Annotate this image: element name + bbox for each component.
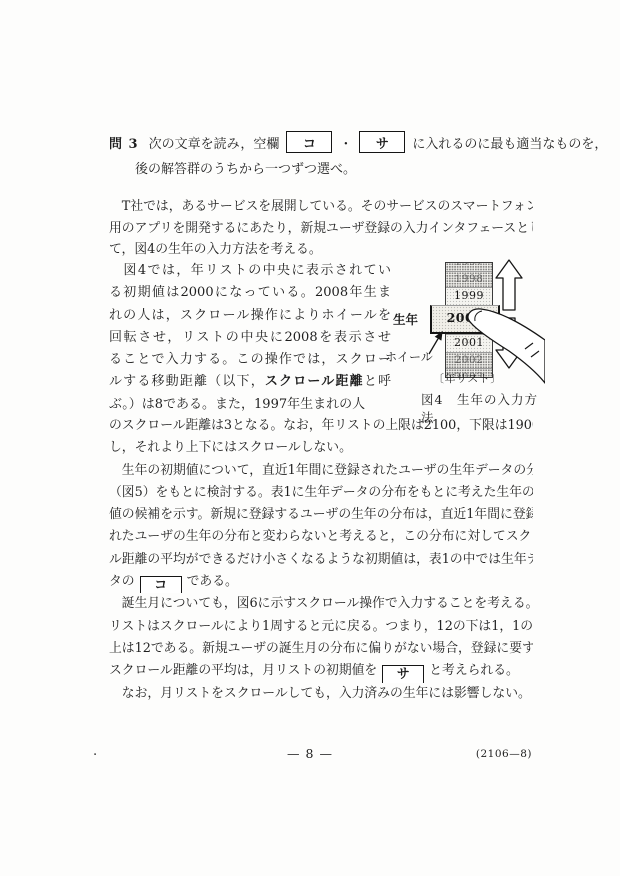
text-line: ぶ。）は8である。また，1997年生まれの人 (109, 394, 391, 416)
text-line: 誕生月についても，図6に示すスクロール操作で入力することを考える。月 (109, 593, 533, 615)
knuckle-mark-2 (531, 351, 539, 357)
year-list-label: 〔年リスト〕 (433, 370, 502, 386)
wheel-label: ホイール (385, 348, 433, 365)
main-paragraphs: のスクロール距離は3となる。なお，年リストの上限は2100，下限は1900とし，… (109, 415, 533, 705)
text-line: 上は12である。新規ユーザの誕生月の分布に偏りがない場合，登録に要する (109, 638, 533, 660)
figure-caption: 図4 生年の入力方法 (421, 390, 545, 426)
text-line: 回転させ，リストの中央に2008を表示させ (109, 327, 391, 349)
text-line: ることで入力する。この操作では，スクロー (109, 349, 391, 371)
question-lead-line2: 後の解答群のうちから一つずつ選べ。 (109, 158, 539, 177)
text-line: ル距離の平均ができるだけ小さくなるような初期値は，表1の中では生年デー (109, 549, 533, 571)
text-line: リストはスクロールにより1周すると元に戻る。つまり，12の下は1，1の (109, 616, 533, 638)
text-line: 生年の初期値について，直近1年間に登録されたユーザの生年データの分布 (109, 460, 533, 482)
text-line: 値の候補を示す。新規に登録するユーザの生年の分布は，直近1年間に登録さ (109, 504, 533, 526)
text-line-blank-sa: スクロール距離の平均は，月リストの初期値をサと考えられる。 (109, 660, 533, 682)
wheel-year-row: 2001 (446, 334, 492, 352)
scroll-paragraph: 図4では，年リストの中央に表示されている初期値は2000になっている。2008年… (109, 260, 391, 416)
text-line: なお，月リストをスクロールしても，入力済みの生年には影響しない。 (109, 683, 533, 705)
figure-4: 1997199819992000200120022003 生年 ホイール 〔年リ… (385, 256, 545, 408)
wheel-year-row: 2000 (430, 305, 500, 334)
blank-box-sa: サ (359, 131, 405, 153)
blank-separator: ・ (339, 133, 352, 152)
inline-blank-box-ko: コ (140, 576, 182, 593)
doc-code: (2106—8) (476, 748, 532, 760)
text-line: T社では，あるサービスを展開している。そのサービスのスマートフォン専 (109, 196, 533, 218)
intro-paragraph: T社では，あるサービスを展開している。そのサービスのスマートフォン専用のアプリを… (109, 196, 533, 261)
bold-term: スクロール距離 (265, 374, 364, 389)
text-line: れの人は，スクロール操作によりホイールを (109, 305, 391, 327)
text-line: れたユーザの生年の分布と変わらないと考えると，この分布に対してスクロー (109, 526, 533, 548)
blank-box-ko: コ (286, 131, 332, 153)
question-header: 問 3 次の文章を読み，空欄 コ ・ サ に入れるのに最も適当なものを， 後の解… (109, 131, 539, 177)
wheel-year-row: 2002 (446, 352, 492, 368)
wheel-year-row: 1998 (446, 271, 492, 287)
text-line: る初期値は2000になっている。2008年生ま (109, 282, 391, 304)
question-lead-pre: 次の文章を読み，空欄 (149, 133, 280, 152)
text-line: し，それより上下にはスクロールしない。 (109, 437, 533, 459)
text-line: 図4では，年リストの中央に表示されてい (109, 260, 391, 282)
wheel-year-row: 1999 (446, 287, 492, 305)
question-lead-post: に入れるのに最も適当なものを， (412, 133, 607, 152)
exam-page: 問 3 次の文章を読み，空欄 コ ・ サ に入れるのに最も適当なものを， 後の解… (0, 0, 620, 876)
wheel-year-row: 1997 (446, 263, 492, 271)
year-wheel: 1997199819992000200120022003 (445, 262, 493, 378)
text-line-blank-ko: タのコである。 (109, 571, 533, 593)
text-line: （図5）をもとに検討する。表1に生年データの分布をもとに考えた生年の初期 (109, 482, 533, 504)
text-line: 用のアプリを開発するにあたり，新規ユーザ登録の入力インタフェースとし (109, 218, 533, 240)
question-number: 問 3 (109, 133, 139, 152)
question-lead-line: 問 3 次の文章を読み，空欄 コ ・ サ に入れるのに最も適当なものを， (109, 131, 539, 153)
scroll-up-arrow-icon (496, 260, 522, 310)
knuckle-mark-1 (525, 343, 533, 349)
inline-blank-box-sa: サ (382, 665, 424, 682)
birth-year-label: 生年 (393, 310, 418, 328)
text-line-bold: ルする移動距離（以下，スクロール距離と呼 (109, 371, 391, 393)
